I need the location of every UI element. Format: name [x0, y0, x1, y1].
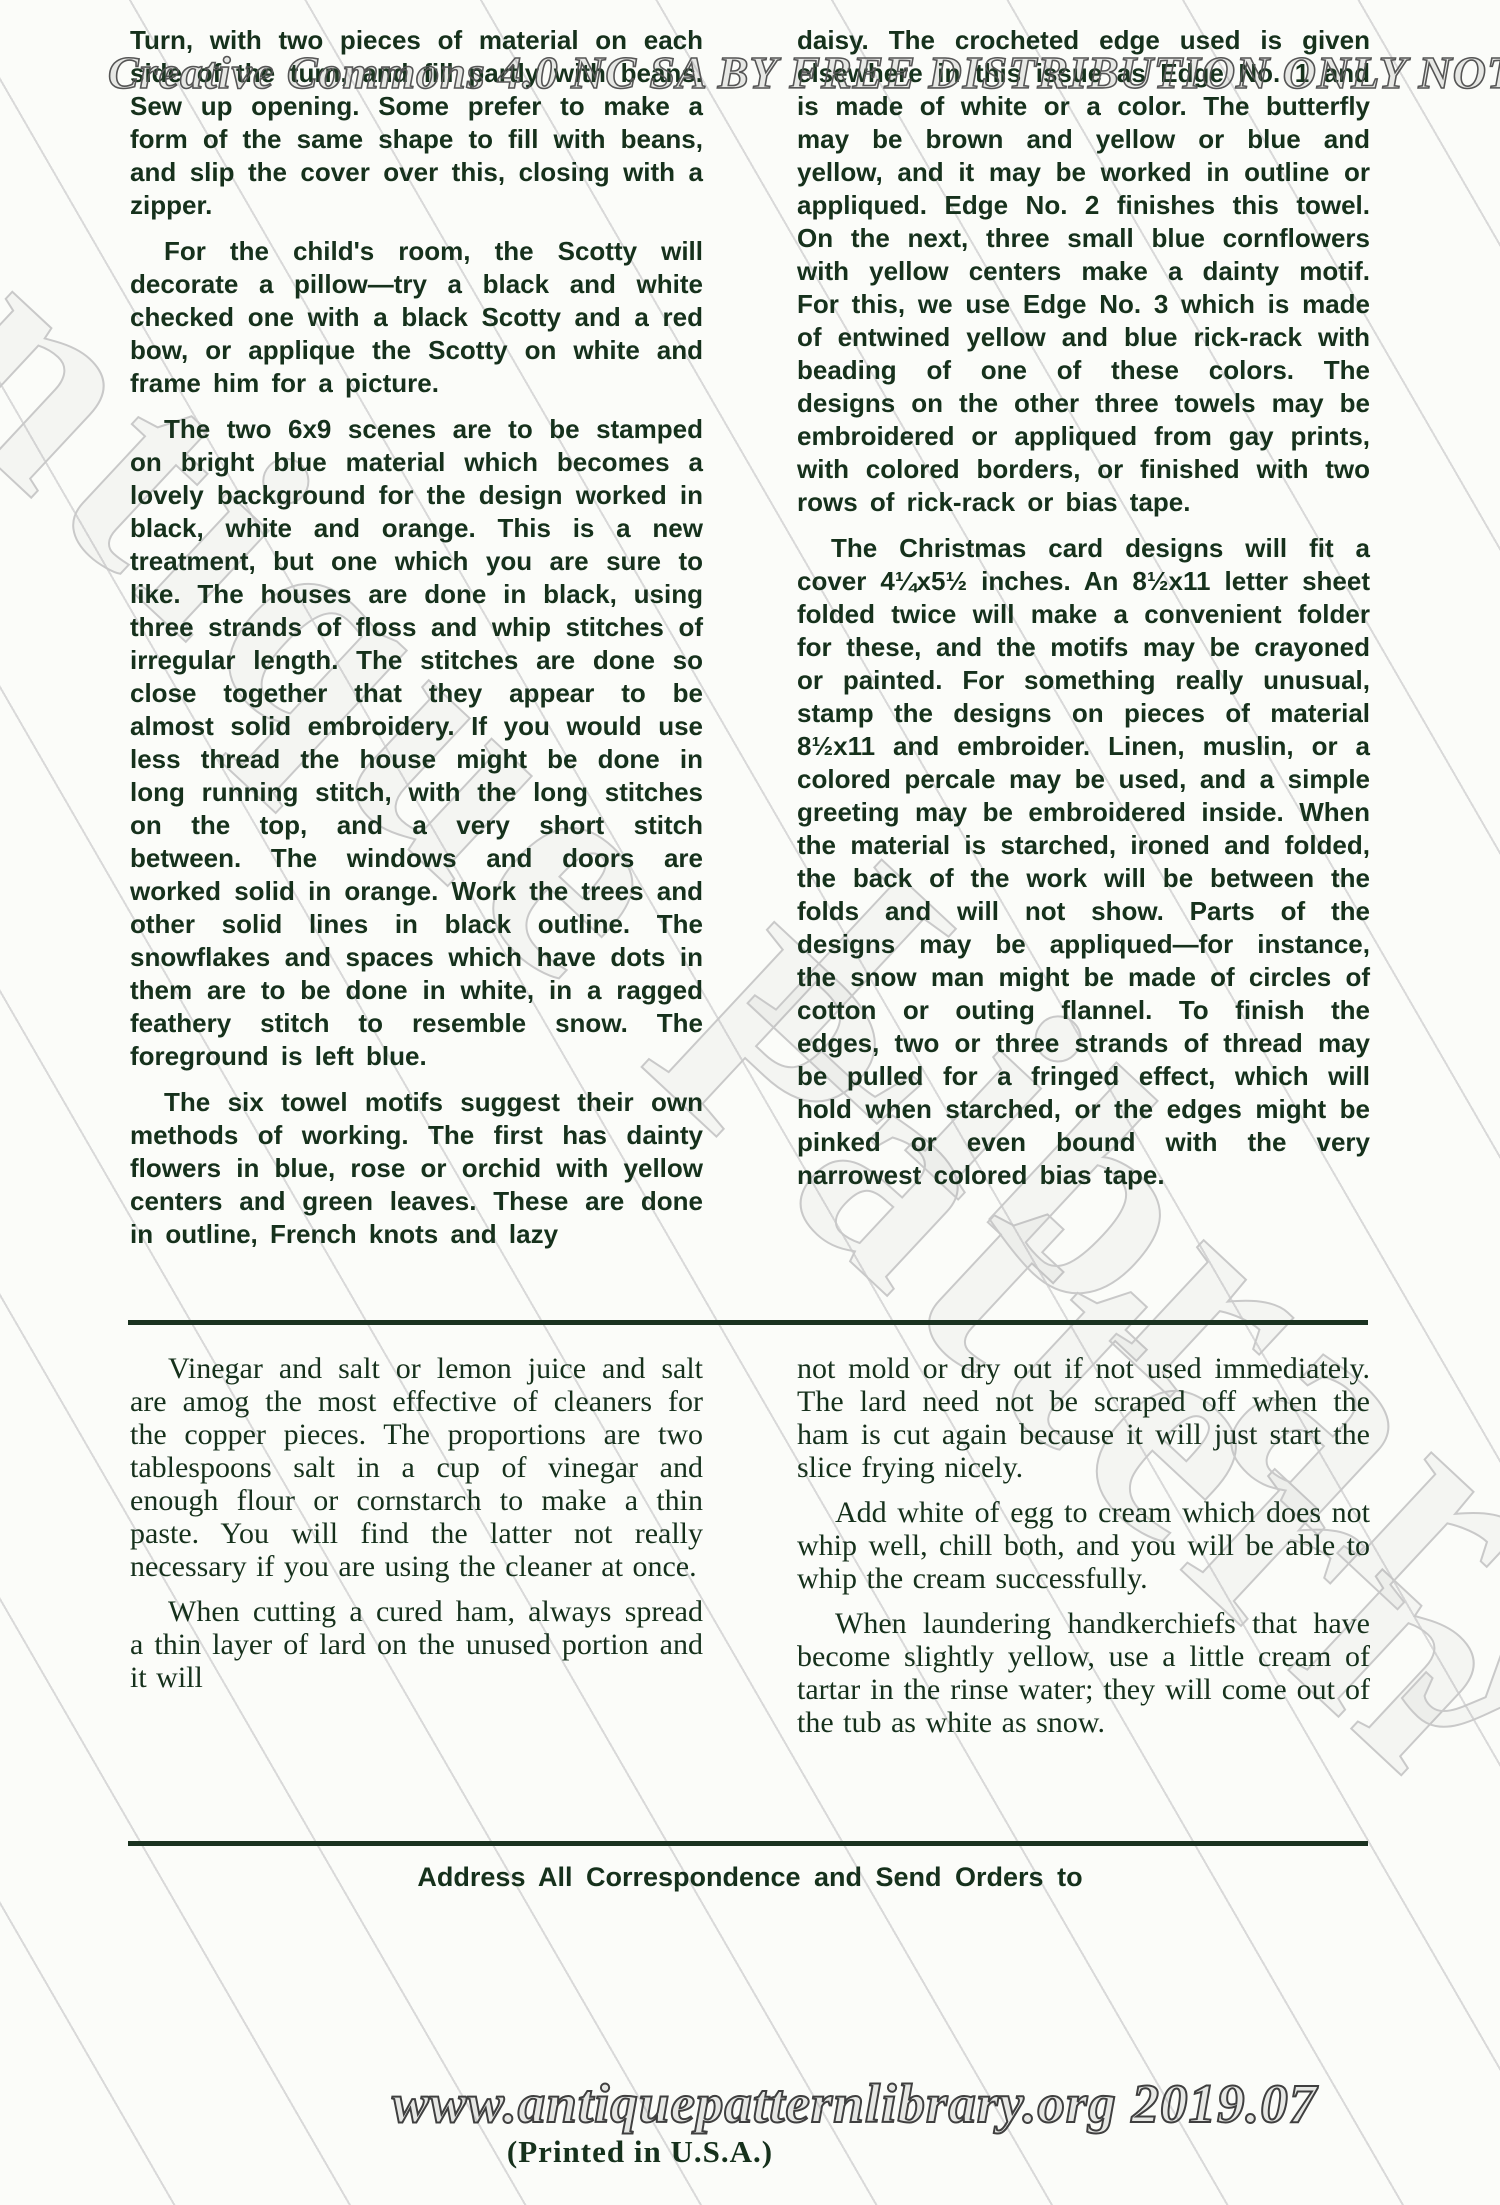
article-bottom-section: Vinegar and salt or lemon juice and salt… — [130, 1352, 1370, 1739]
right-column: not mold or dry out if not used immediat… — [797, 1352, 1370, 1739]
paragraph: The two 6x9 scenes are to be stamped on … — [130, 413, 703, 1073]
paragraph: daisy. The crocheted edge used is given … — [797, 24, 1370, 519]
correspondence-line: Address All Correspondence and Send Orde… — [130, 1862, 1370, 1893]
left-column: Vinegar and salt or lemon juice and salt… — [130, 1352, 703, 1739]
right-column: daisy. The crocheted edge used is given … — [797, 24, 1370, 1251]
paragraph: The Christmas card designs will fit a co… — [797, 532, 1370, 1192]
paragraph: When cutting a cured ham, always spread … — [130, 1595, 703, 1694]
article-top-section: Turn, with two pieces of material on eac… — [130, 24, 1370, 1251]
watermark-url-line: www.antiquepatternlibrary.org 2019.07 — [392, 2072, 1317, 2135]
paragraph: not mold or dry out if not used immediat… — [797, 1352, 1370, 1484]
paragraph: Turn, with two pieces of material on eac… — [130, 24, 703, 222]
paragraph: For the child's room, the Scotty will de… — [130, 235, 703, 400]
paragraph: The six towel motifs suggest their own m… — [130, 1086, 703, 1251]
horizontal-rule-bottom — [128, 1841, 1368, 1846]
paragraph: Vinegar and salt or lemon juice and salt… — [130, 1352, 703, 1583]
printed-in-usa-line: (Printed in U.S.A.) — [0, 2134, 1280, 2170]
paragraph: When laundering handkerchiefs that have … — [797, 1607, 1370, 1739]
paragraph: Add white of egg to cream which does not… — [797, 1496, 1370, 1595]
left-column: Turn, with two pieces of material on eac… — [130, 24, 703, 1251]
scanned-document-page: Antique Pattern Library Turn, with two p… — [0, 0, 1500, 2205]
horizontal-rule-top — [128, 1320, 1368, 1325]
